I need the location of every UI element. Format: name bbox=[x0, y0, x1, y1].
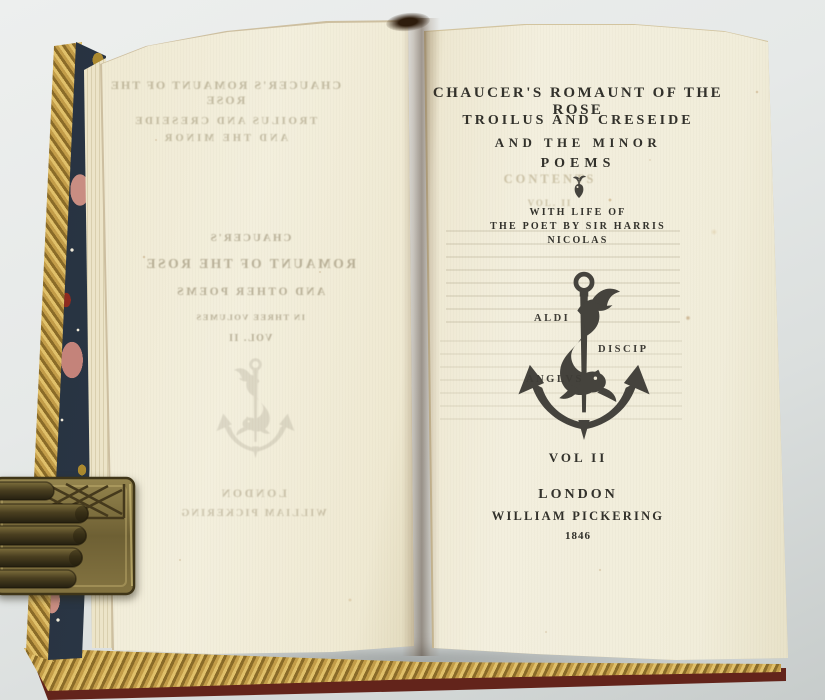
showthrough-contents: CONTENTS VOL. II bbox=[450, 172, 650, 208]
title-line-4: POEMS bbox=[430, 156, 726, 172]
printer-ornament-icon bbox=[571, 174, 587, 200]
showthrough-line: CHAUCER'S bbox=[120, 232, 380, 244]
showthrough-line: TROILUS AND CRESEIDE bbox=[94, 115, 356, 127]
showthrough-device bbox=[213, 356, 298, 469]
left-page: CHAUCER'S ROMAUNT OF THE ROSE TROILUS AN… bbox=[96, 20, 416, 658]
showthrough-half-title-block: CHAUCER'S ROMAUNT OF THE ROSE AND OTHER … bbox=[120, 232, 380, 344]
imprint-publisher: WILLIAM PICKERING bbox=[430, 509, 726, 524]
showthrough-line: WILLIAM PICKERING bbox=[123, 508, 383, 519]
title-page-text-column: CONTENTS VOL. II CHAUCER'S ROMAUNT OF TH… bbox=[430, 22, 726, 662]
photograph-antique-book: CHAUCER'S ROMAUNT OF THE ROSE TROILUS AN… bbox=[0, 0, 825, 700]
imprint-city: LONDON bbox=[430, 487, 726, 503]
imprint-year: 1846 bbox=[430, 530, 726, 542]
showthrough-contents-heading: CONTENTS bbox=[450, 172, 650, 187]
aldine-anchor-dolphin-device bbox=[509, 268, 659, 458]
showthrough-line: AND OTHER POEMS bbox=[120, 286, 380, 298]
title-line-2: TROILUS AND CRESEIDE bbox=[430, 113, 726, 129]
showthrough-line: IN THREE VOLUMES bbox=[120, 312, 380, 322]
showthrough-line: LONDON bbox=[123, 486, 383, 501]
byline-line-1: WITH LIFE OF bbox=[430, 207, 726, 218]
device-word-discip: DISCIP bbox=[598, 344, 649, 355]
showthrough-line: ROMAUNT OF THE ROSE bbox=[120, 256, 380, 272]
byline-line-2: THE POET BY SIR HARRIS bbox=[430, 221, 726, 232]
byline-line-3: NICOLAS bbox=[430, 235, 726, 246]
showthrough-line: CHAUCER'S ROMAUNT OF THE ROSE bbox=[94, 78, 356, 108]
showthrough-line: VOL. II bbox=[120, 333, 380, 344]
brass-hand-page-weight bbox=[0, 474, 142, 598]
showthrough-title-block: CHAUCER'S ROMAUNT OF THE ROSE TROILUS AN… bbox=[94, 78, 356, 144]
showthrough-line: AND THE MINOR bbox=[94, 133, 356, 144]
showthrough-imprint: LONDON WILLIAM PICKERING bbox=[123, 486, 383, 519]
volume-label: VOL II bbox=[430, 450, 726, 466]
title-line-3: AND THE MINOR bbox=[430, 135, 726, 151]
device-word-anglvs: ANGLVS bbox=[526, 374, 584, 385]
device-word-aldi: ALDI bbox=[534, 313, 570, 324]
title-page: CONTENTS VOL. II CHAUCER'S ROMAUNT OF TH… bbox=[426, 22, 788, 662]
